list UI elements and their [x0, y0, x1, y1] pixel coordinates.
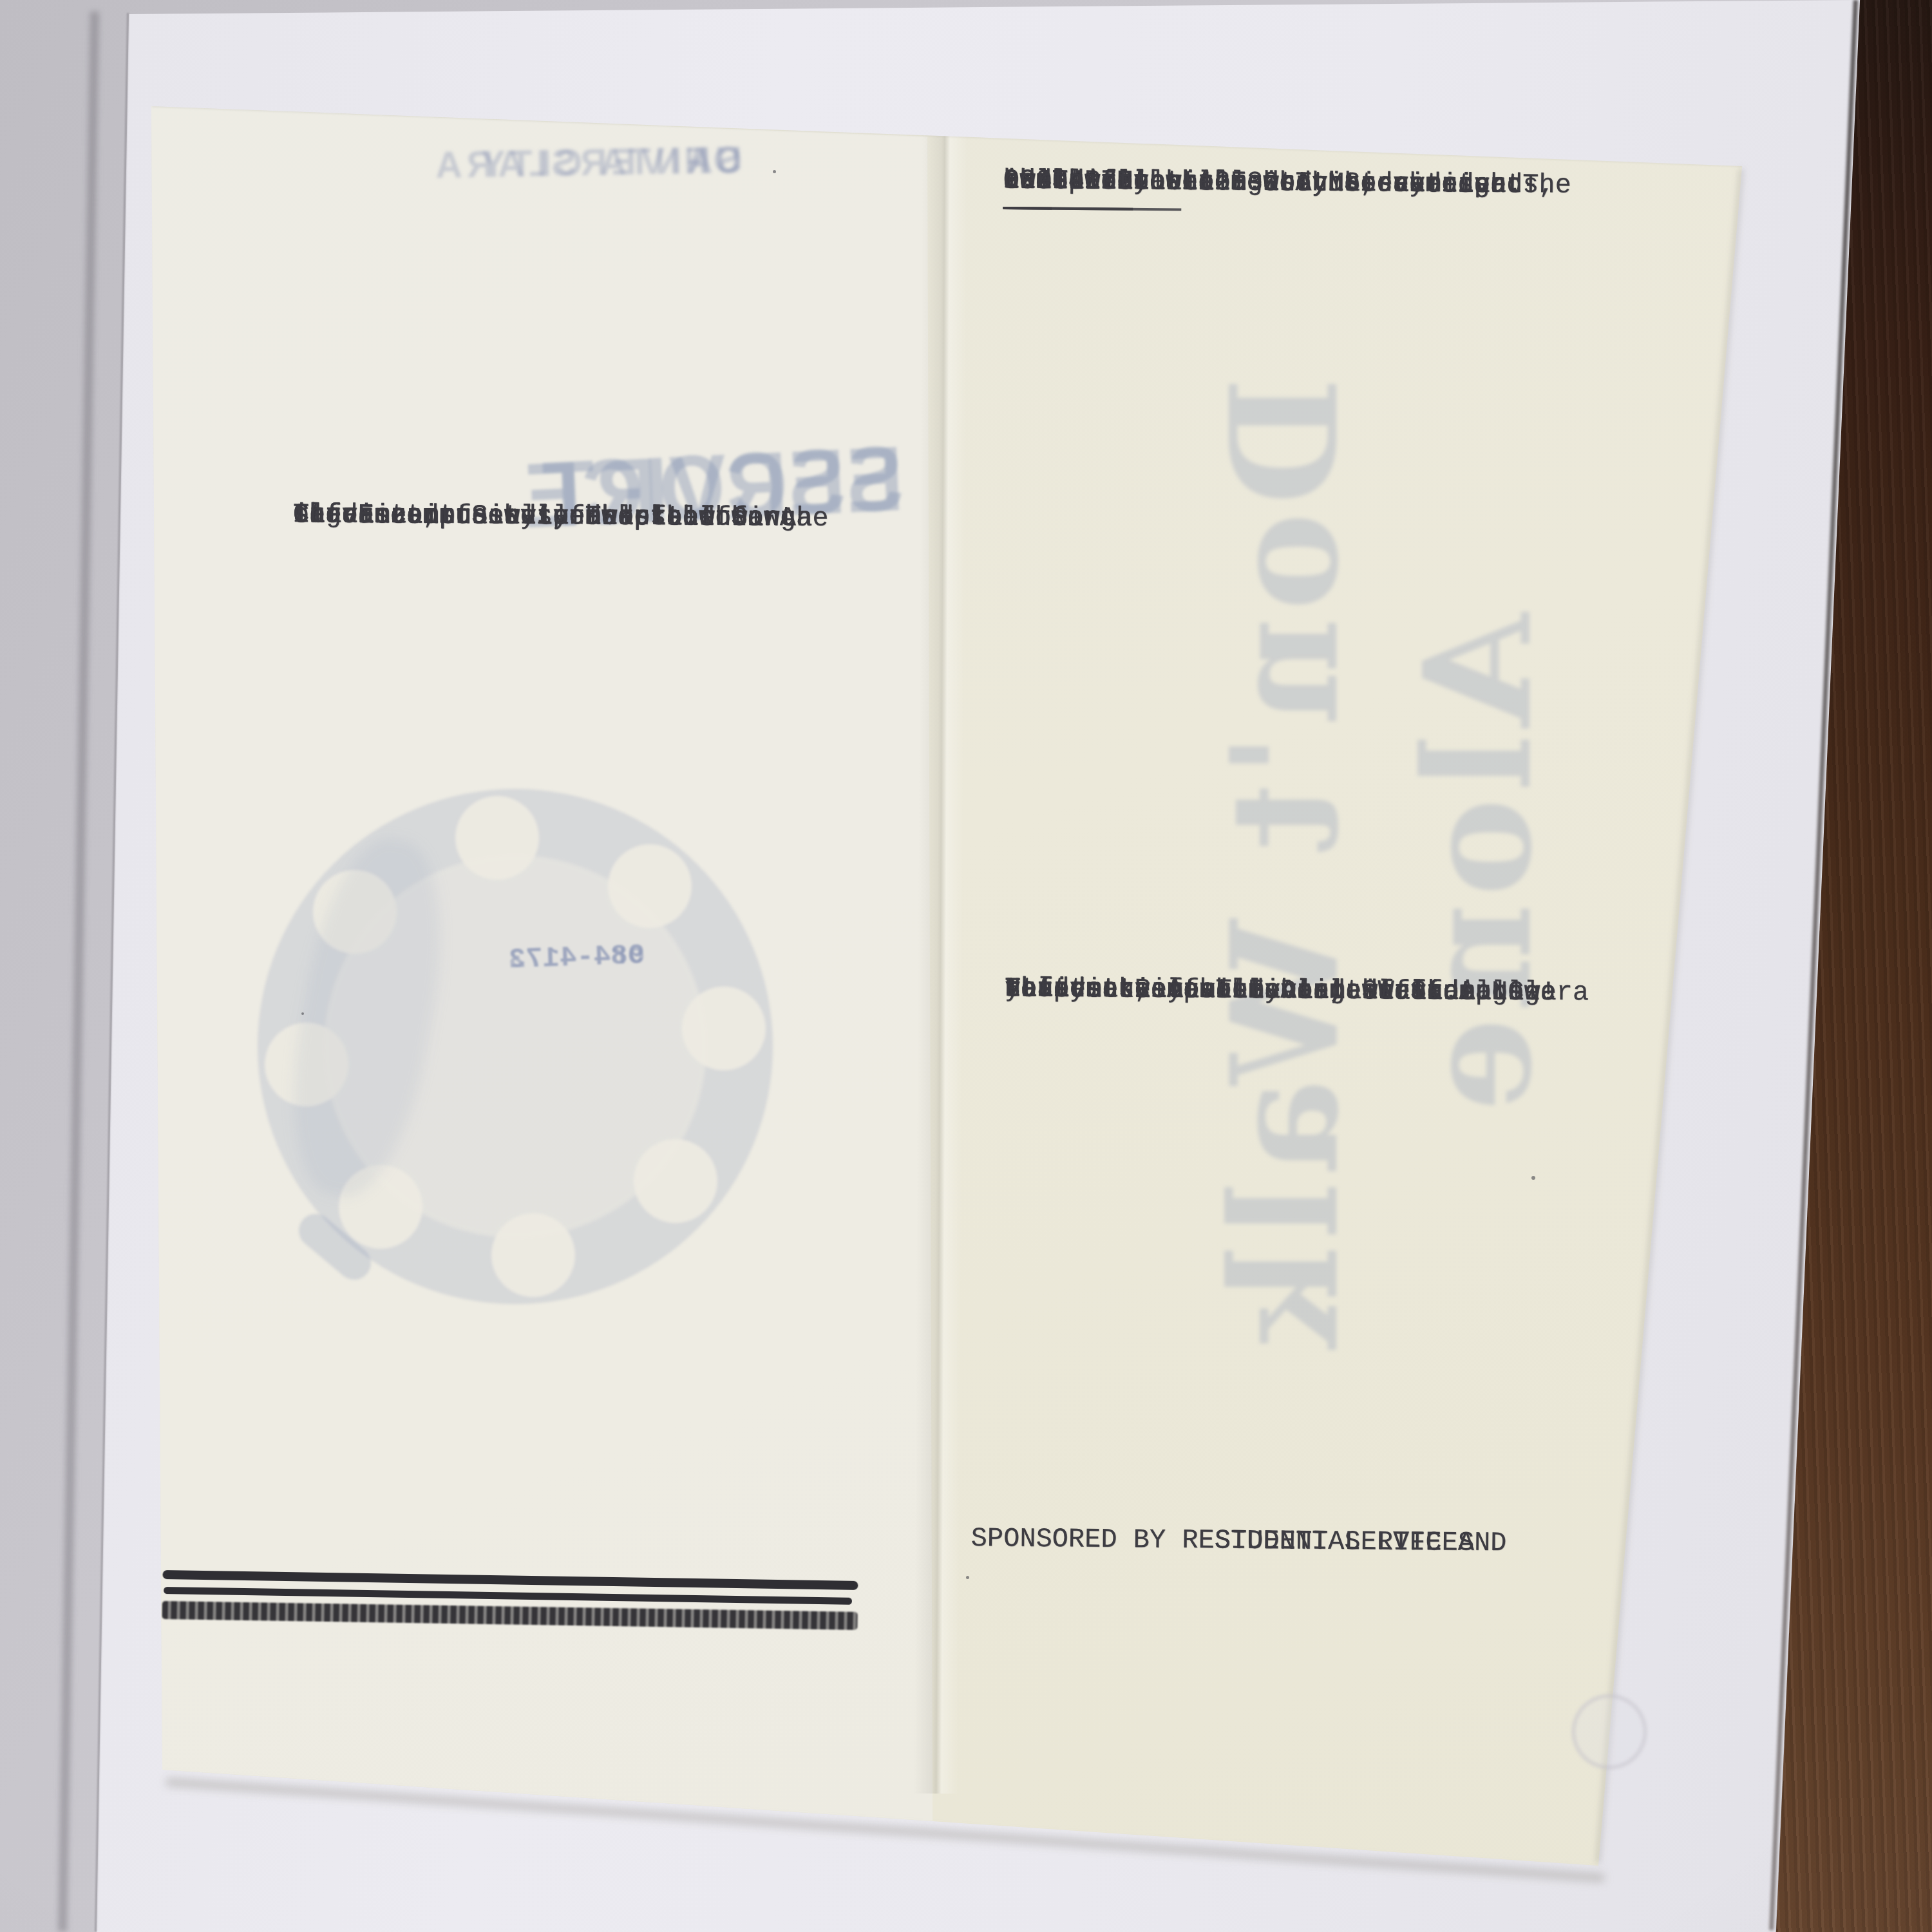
dust-speck	[966, 1576, 969, 1579]
rotary-dial-hole	[608, 844, 692, 928]
rotary-dial-hole	[491, 1213, 575, 1297]
dust-speck	[1531, 1176, 1535, 1180]
residue-ring	[1571, 1694, 1647, 1770]
watermark-dont-walk-alone: Don't Walk Alone	[1188, 113, 1381, 1620]
watermark-line: 984-4173	[508, 933, 646, 983]
paper-fold-line	[913, 129, 967, 1794]
stamp-rules	[162, 1570, 858, 1633]
brochure-photo: UNIVERSITYOFSANTA CLARA ESCORTSERVICE 98…	[0, 0, 1932, 1932]
rotary-dial-hole	[634, 1139, 717, 1223]
dust-speck	[301, 1012, 304, 1015]
rotary-dial-hole	[682, 987, 766, 1070]
dust-speck	[773, 170, 776, 173]
rotary-dial-hole	[455, 796, 539, 880]
